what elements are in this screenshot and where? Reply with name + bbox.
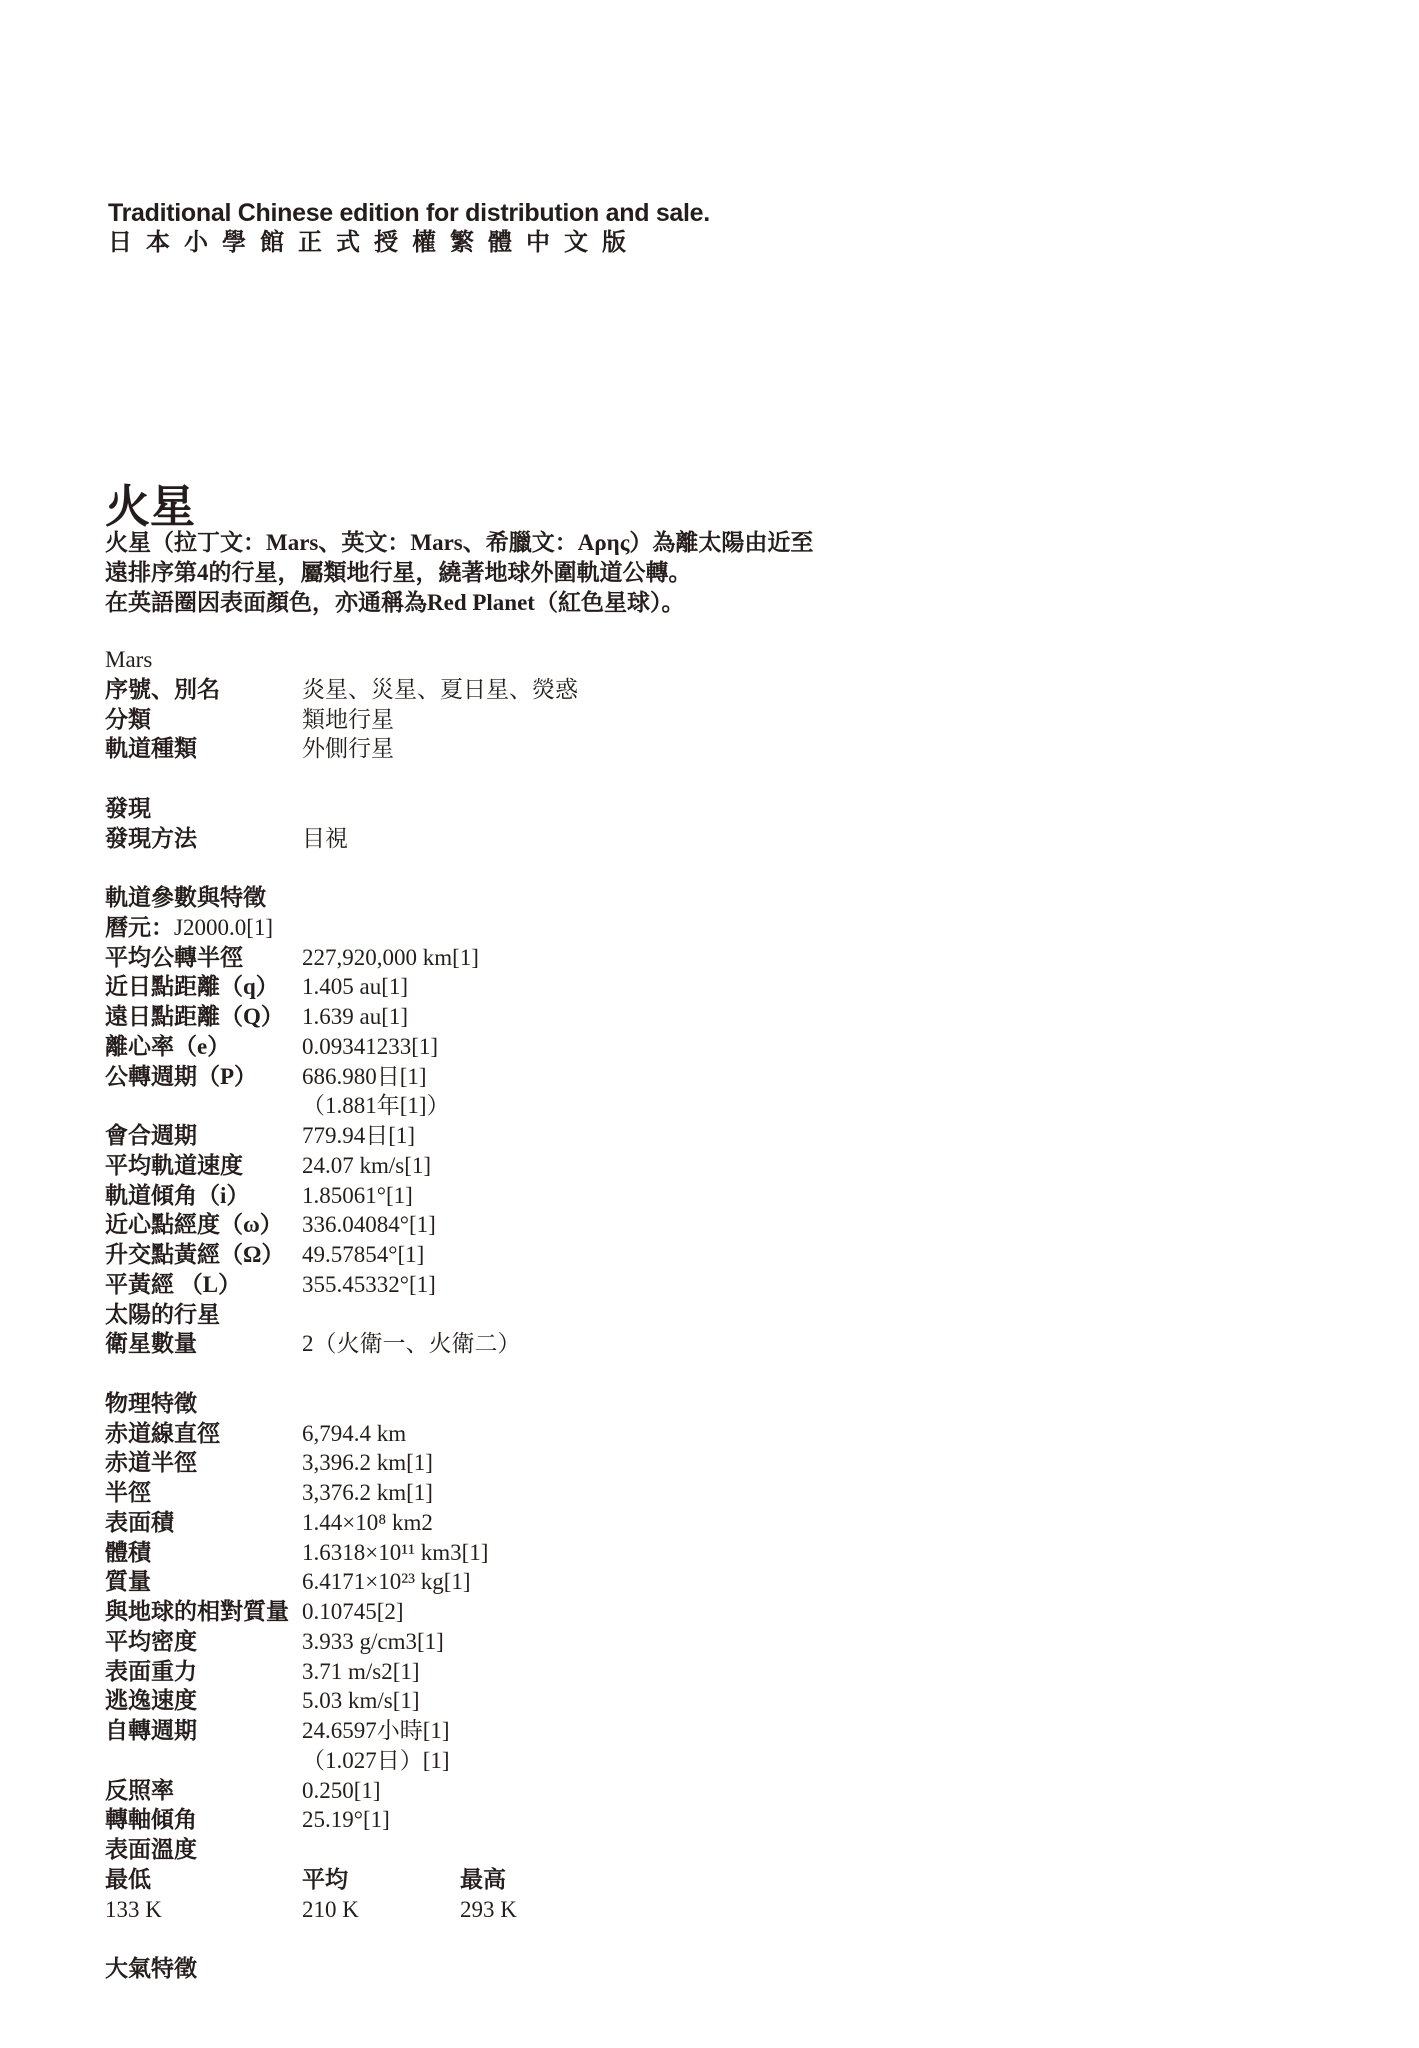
info-value: 3,396.2 km[1] [302, 1448, 433, 1478]
info-row: 赤道線直徑6,794.4 km [105, 1419, 578, 1449]
section-header: 太陽的行星 [105, 1300, 578, 1330]
info-label: 近心點經度（ω） [105, 1210, 302, 1240]
info-row-continuation: （1.027日）[1] [105, 1746, 578, 1776]
info-value: 24.6597小時[1] [302, 1716, 450, 1746]
intro-line-3: 在英語圈因表面顏色，亦通稱為Red Planet（紅色星球）。 [105, 588, 813, 618]
infobox-title: Mars [105, 645, 578, 675]
info-value: 686.980日[1] [302, 1062, 427, 1092]
info-row: 軌道傾角（i）1.85061°[1] [105, 1181, 578, 1211]
info-label: 平均公轉半徑 [105, 943, 302, 973]
info-row: 平均公轉半徑227,920,000 km[1] [105, 943, 578, 973]
info-row: 表面積1.44×10⁸ km2 [105, 1508, 578, 1538]
temperature-row: 133 K210 K293 K [105, 1895, 578, 1925]
section-header: 大氣特徵 [105, 1954, 578, 1984]
info-row-continuation: （1.881年[1]） [105, 1091, 578, 1121]
spacer-row [105, 764, 578, 794]
info-row: 體積1.6318×10¹¹ km3[1] [105, 1538, 578, 1568]
info-label: 轉軸傾角 [105, 1805, 302, 1835]
license-line-english: Traditional Chinese edition for distribu… [108, 200, 710, 227]
info-label: 分類 [105, 705, 302, 735]
info-label: 衛星數量 [105, 1329, 302, 1359]
info-label: 半徑 [105, 1478, 302, 1508]
info-row: 衛星數量2（火衛一、火衛二） [105, 1329, 578, 1359]
info-label: 近日點距離（q） [105, 972, 302, 1002]
section-header: 表面溫度 [105, 1835, 578, 1865]
info-row: 近心點經度（ω）336.04084°[1] [105, 1210, 578, 1240]
info-label-empty [105, 1091, 302, 1121]
mars-infobox: Mars序號、別名炎星、災星、夏日星、熒惑分類類地行星軌道種類外側行星發現發現方… [105, 645, 578, 1984]
info-label: 與地球的相對質量 [105, 1597, 302, 1627]
spacer-row [105, 1359, 578, 1389]
info-value: 355.45332°[1] [302, 1270, 436, 1300]
info-label: 曆元： [105, 913, 174, 943]
info-value: 6,794.4 km [302, 1419, 406, 1449]
info-label: 反照率 [105, 1776, 302, 1806]
info-row: 軌道種類外側行星 [105, 734, 578, 764]
info-value: 227,920,000 km[1] [302, 943, 479, 973]
info-label: 會合週期 [105, 1121, 302, 1151]
info-row: 表面重力3.71 m/s2[1] [105, 1657, 578, 1687]
article-header: 火星 火星（拉丁文：Mars、英文：Mars、希臘文：Αρης）為離太陽由近至 … [105, 484, 813, 619]
temperature-cell: 平均 [302, 1865, 460, 1895]
info-row: 平黃經 （L）355.45332°[1] [105, 1270, 578, 1300]
info-row: 曆元：J2000.0[1] [105, 913, 578, 943]
temperature-cell: 210 K [302, 1895, 460, 1925]
section-header: 軌道參數與特徵 [105, 883, 578, 913]
info-row: 離心率（e）0.09341233[1] [105, 1032, 578, 1062]
book-page: Traditional Chinese edition for distribu… [0, 0, 1419, 2048]
info-row: 平均密度3.933 g/cm3[1] [105, 1627, 578, 1657]
info-row: 平均軌道速度24.07 km/s[1] [105, 1151, 578, 1181]
license-line-chinese: 日本小學館正式授權繁體中文版 [108, 230, 710, 256]
info-row: 自轉週期24.6597小時[1] [105, 1716, 578, 1746]
info-row: 轉軸傾角25.19°[1] [105, 1805, 578, 1835]
info-row: 近日點距離（q）1.405 au[1] [105, 972, 578, 1002]
info-row: 反照率0.250[1] [105, 1776, 578, 1806]
info-row: 序號、別名炎星、災星、夏日星、熒惑 [105, 675, 578, 705]
spacer-row [105, 853, 578, 883]
info-row: 逃逸速度5.03 km/s[1] [105, 1686, 578, 1716]
info-label: 平均軌道速度 [105, 1151, 302, 1181]
temperature-cell: 293 K [460, 1895, 517, 1925]
info-value: （1.027日）[1] [302, 1746, 450, 1776]
info-label: 表面積 [105, 1508, 302, 1538]
license-block: Traditional Chinese edition for distribu… [108, 200, 710, 256]
intro-line-1: 火星（拉丁文：Mars、英文：Mars、希臘文：Αρης）為離太陽由近至 [105, 528, 813, 558]
info-value: 0.250[1] [302, 1776, 381, 1806]
info-value: （1.881年[1]） [302, 1091, 450, 1121]
info-label: 平黃經 （L） [105, 1270, 302, 1300]
info-label: 序號、別名 [105, 675, 302, 705]
temperature-cell: 133 K [105, 1895, 302, 1925]
info-label: 軌道種類 [105, 734, 302, 764]
intro-line-2: 遠排序第4的行星，屬類地行星，繞著地球外圍軌道公轉。 [105, 558, 813, 588]
page-title: 火星 [105, 484, 813, 530]
info-value: 336.04084°[1] [302, 1210, 436, 1240]
info-value: 炎星、災星、夏日星、熒惑 [302, 675, 578, 705]
info-label: 發現方法 [105, 824, 302, 854]
info-label: 軌道傾角（i） [105, 1181, 302, 1211]
info-label: 遠日點距離（Q） [105, 1002, 302, 1032]
info-label: 平均密度 [105, 1627, 302, 1657]
info-label: 體積 [105, 1538, 302, 1568]
info-label: 赤道線直徑 [105, 1419, 302, 1449]
info-value: 779.94日[1] [302, 1121, 415, 1151]
info-value: 目視 [302, 824, 348, 854]
temperature-cell: 最低 [105, 1865, 302, 1895]
info-row: 發現方法目視 [105, 824, 578, 854]
info-value: 1.6318×10¹¹ km3[1] [302, 1538, 488, 1568]
info-row: 會合週期779.94日[1] [105, 1121, 578, 1151]
info-label: 赤道半徑 [105, 1448, 302, 1478]
info-value: 類地行星 [302, 705, 394, 735]
info-row: 赤道半徑3,396.2 km[1] [105, 1448, 578, 1478]
spacer-row [105, 1924, 578, 1954]
info-value: 1.405 au[1] [302, 972, 408, 1002]
info-label: 自轉週期 [105, 1716, 302, 1746]
info-row: 公轉週期（P）686.980日[1] [105, 1062, 578, 1092]
info-value: 2（火衛一、火衛二） [302, 1329, 521, 1359]
info-row: 質量6.4171×10²³ kg[1] [105, 1567, 578, 1597]
info-label: 離心率（e） [105, 1032, 302, 1062]
info-row: 分類類地行星 [105, 705, 578, 735]
info-value: 0.09341233[1] [302, 1032, 438, 1062]
info-row: 遠日點距離（Q）1.639 au[1] [105, 1002, 578, 1032]
info-value: 0.10745[2] [302, 1597, 404, 1627]
info-value: J2000.0[1] [174, 913, 273, 943]
intro-paragraph: 火星（拉丁文：Mars、英文：Mars、希臘文：Αρης）為離太陽由近至 遠排序… [105, 528, 813, 619]
info-label: 公轉週期（P） [105, 1062, 302, 1092]
info-value: 1.44×10⁸ km2 [302, 1508, 433, 1538]
info-value: 6.4171×10²³ kg[1] [302, 1567, 471, 1597]
info-value: 1.639 au[1] [302, 1002, 408, 1032]
info-value: 25.19°[1] [302, 1805, 390, 1835]
section-header: 發現 [105, 794, 578, 824]
info-value: 3.71 m/s2[1] [302, 1657, 420, 1687]
info-row: 升交點黃經（Ω）49.57854°[1] [105, 1240, 578, 1270]
info-label: 逃逸速度 [105, 1686, 302, 1716]
info-label: 質量 [105, 1567, 302, 1597]
info-value: 5.03 km/s[1] [302, 1686, 420, 1716]
info-row: 與地球的相對質量0.10745[2] [105, 1597, 578, 1627]
info-label-empty [105, 1746, 302, 1776]
info-label: 升交點黃經（Ω） [105, 1240, 302, 1270]
info-value: 3.933 g/cm3[1] [302, 1627, 444, 1657]
info-value: 49.57854°[1] [302, 1240, 424, 1270]
info-label: 表面重力 [105, 1657, 302, 1687]
info-row: 半徑3,376.2 km[1] [105, 1478, 578, 1508]
info-value: 24.07 km/s[1] [302, 1151, 431, 1181]
temperature-row: 最低平均最高 [105, 1865, 578, 1895]
info-value: 1.85061°[1] [302, 1181, 413, 1211]
temperature-cell: 最高 [460, 1865, 506, 1895]
section-header: 物理特徵 [105, 1389, 578, 1419]
info-value: 3,376.2 km[1] [302, 1478, 433, 1508]
info-value: 外側行星 [302, 734, 394, 764]
